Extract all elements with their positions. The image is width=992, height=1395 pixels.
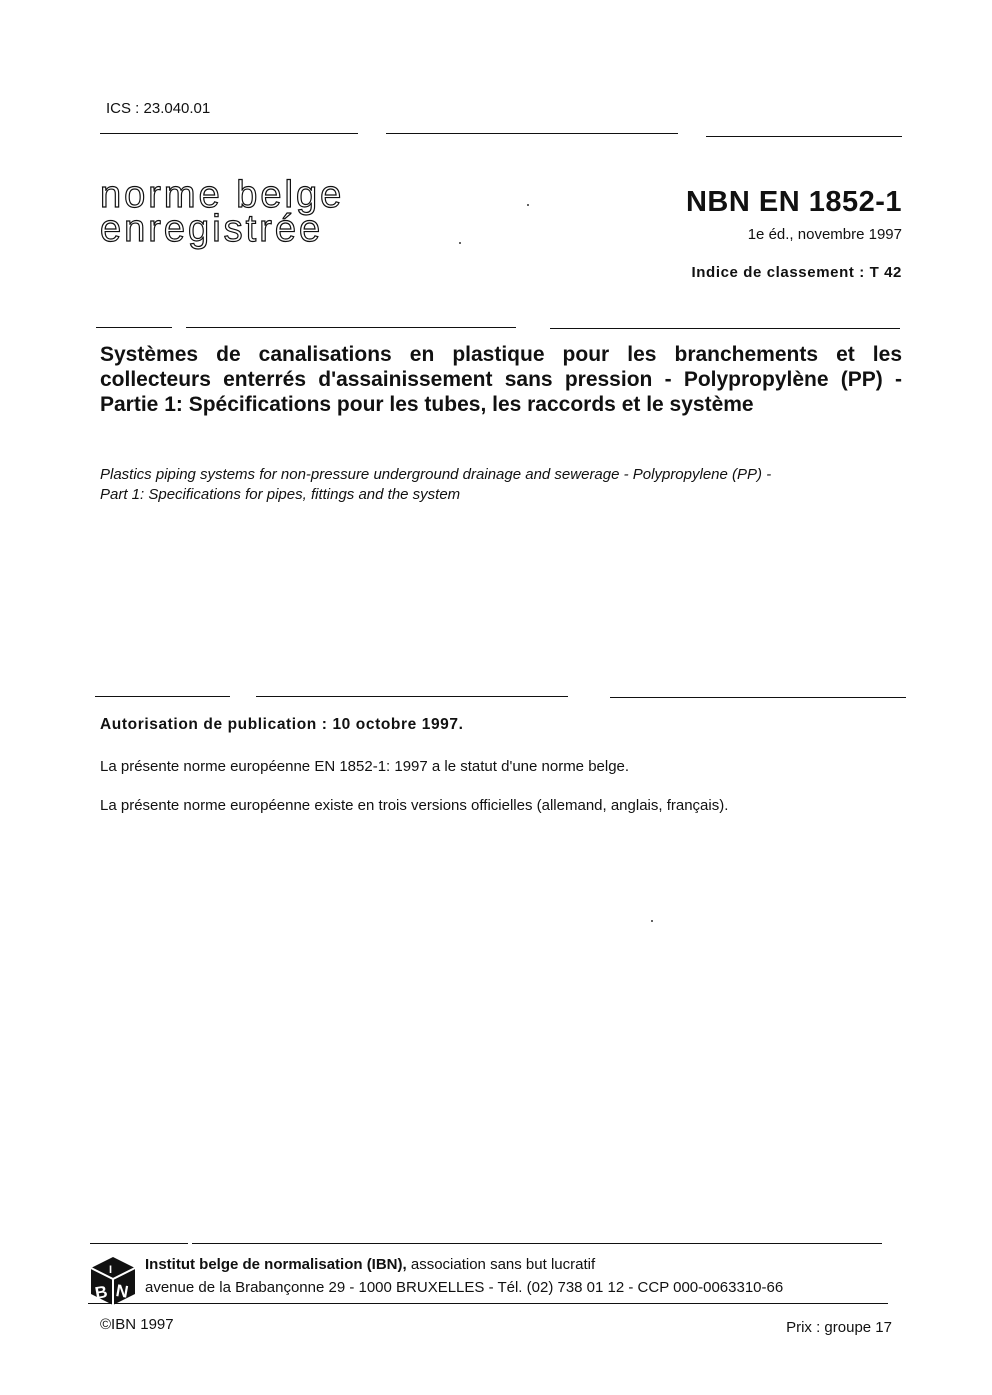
- title-rule: [96, 327, 172, 328]
- scan-speck: [651, 920, 653, 922]
- classification-value: : T 42: [859, 264, 902, 281]
- authorisation-label: Autorisation de publication :: [100, 716, 328, 733]
- price-group: Prix : groupe 17: [786, 1319, 892, 1336]
- footer-rule: [88, 1303, 888, 1304]
- outline-title-line2: enregistrée: [100, 212, 344, 246]
- title-rule: [186, 327, 516, 328]
- english-title: Plastics piping systems for non-pressure…: [100, 465, 880, 505]
- classification-index: Indice de classement : T 42: [692, 264, 902, 281]
- section-rule: [256, 696, 568, 697]
- institute-description: association sans but lucratif: [407, 1256, 595, 1273]
- versions-paragraph: La présente norme européenne existe en t…: [100, 797, 728, 814]
- english-title-line1: Plastics piping systems for non-pressure…: [100, 465, 880, 485]
- institute-address: avenue de la Brabançonne 29 - 1000 BRUXE…: [145, 1279, 783, 1296]
- scan-speck: [527, 204, 529, 206]
- copyright: ©IBN 1997: [100, 1316, 174, 1333]
- footer-rule: [90, 1243, 188, 1244]
- outline-title: norme belge enregistrée: [100, 178, 344, 246]
- authorisation-date: 10 octobre 1997.: [332, 716, 463, 733]
- scan-speck: [459, 242, 461, 244]
- status-paragraph: La présente norme européenne EN 1852-1: …: [100, 758, 629, 775]
- french-title: Systèmes de canalisations en plastique p…: [100, 342, 902, 417]
- institute-line: Institut belge de normalisation (IBN), a…: [145, 1256, 595, 1273]
- english-title-line2: Part 1: Specifications for pipes, fittin…: [100, 485, 880, 505]
- classification-label: Indice de classement: [692, 264, 855, 281]
- svg-text:I: I: [109, 1264, 112, 1276]
- institute-name: Institut belge de normalisation (IBN),: [145, 1256, 407, 1273]
- outline-title-line1: norme belge: [100, 178, 344, 212]
- publication-authorisation: Autorisation de publication : 10 octobre…: [100, 716, 464, 734]
- header-rule: [706, 136, 902, 137]
- title-rule: [550, 328, 900, 329]
- section-rule: [610, 697, 906, 698]
- svg-text:N: N: [114, 1281, 129, 1302]
- standard-number: NBN EN 1852-1: [686, 186, 902, 219]
- section-rule: [95, 696, 230, 697]
- header-rule: [386, 133, 678, 134]
- ics-code: ICS : 23.040.01: [106, 100, 210, 117]
- header-rule: [100, 133, 358, 134]
- ibn-logo-icon: B N I: [89, 1256, 137, 1306]
- footer-rule: [192, 1243, 882, 1244]
- edition: 1e éd., novembre 1997: [748, 226, 902, 243]
